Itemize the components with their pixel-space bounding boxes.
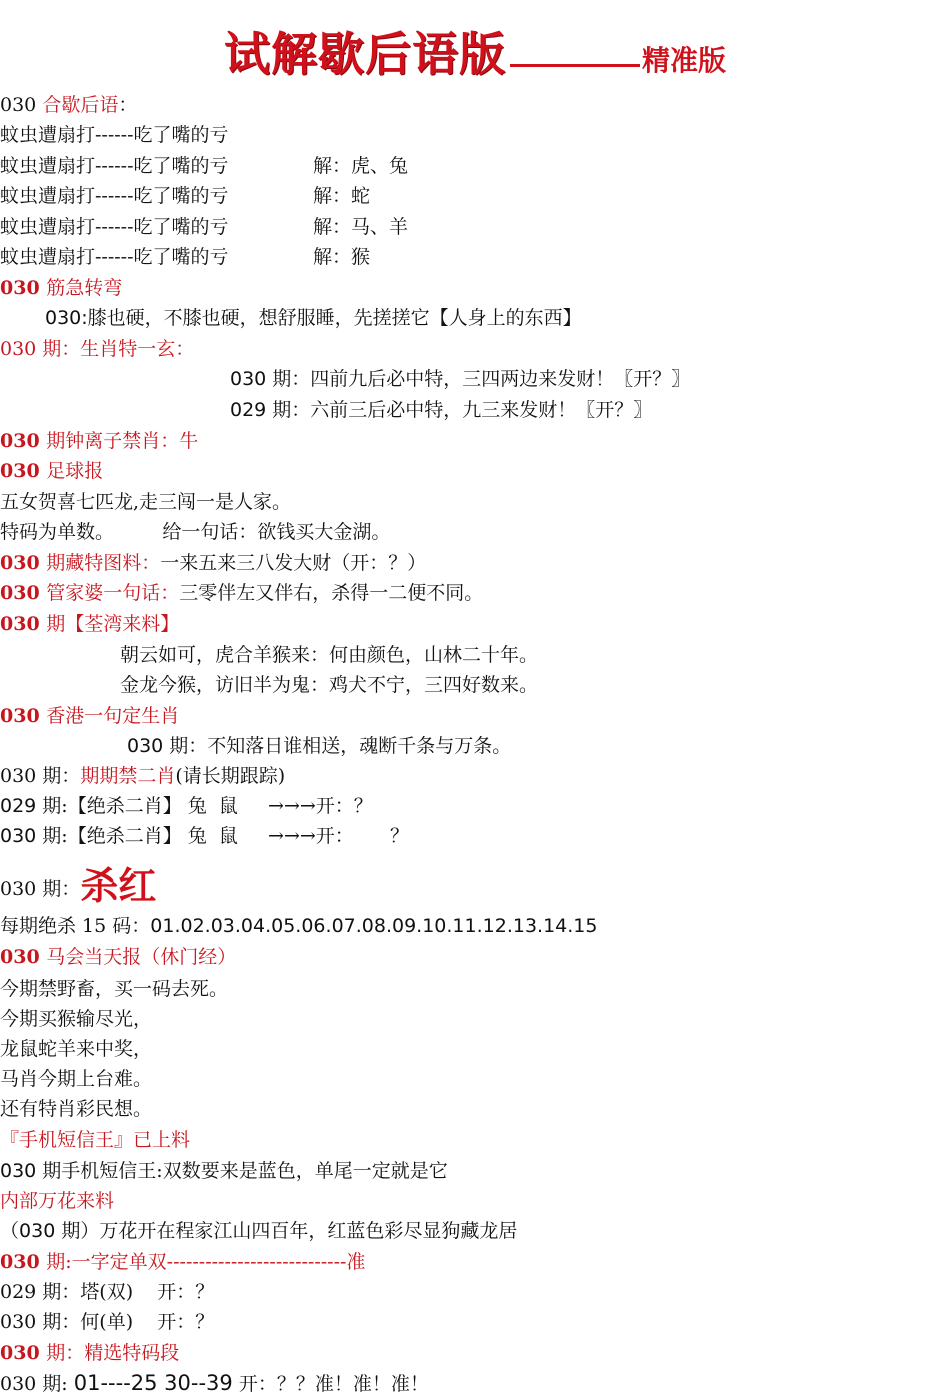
content-line: 今期禁野畜，买一码去死。 (0, 976, 228, 1002)
section-heading: 030 足球报 (0, 458, 103, 484)
content-line: 特码为单数。 给一句话：欲钱买大金湖。 (0, 519, 390, 545)
section-heading: 『手机短信王』已上料 (0, 1127, 190, 1153)
section-heading: 030 马会当天报（休门经） (0, 944, 236, 970)
content-line: 030 期：不知落日谁相送，魂断千条与万条。 (127, 733, 511, 759)
content-line: 030 期：何(单) 开：？ (0, 1309, 214, 1335)
riddle-line: 蚊虫遭扇打------吃了嘴的亏解：猴 (0, 244, 229, 270)
content-line: 029 期：六前三后必中特，九三来发财！〖开？〗 (230, 397, 652, 423)
riddle-line: 蚊虫遭扇打------吃了嘴的亏 (0, 122, 229, 148)
title-sub: 精准版 (642, 44, 726, 77)
riddle-line: 蚊虫遭扇打------吃了嘴的亏解：蛇 (0, 183, 229, 209)
content-line: 030 期手机短信王:双数要来是蓝色，单尾一定就是它 (0, 1158, 448, 1184)
section-heading: 030 管家婆一句话：三零伴左又伴右，杀得一二便不同。 (0, 580, 483, 606)
content-line: 马肖今期上台难。 (0, 1066, 152, 1092)
section-heading: 030 期：精选特码段 (0, 1340, 179, 1366)
content-line: 还有特肖彩民想。 (0, 1096, 152, 1122)
content-line: 030:膝也硬，不膝也硬，想舒服睡，先搓搓它【人身上的东西】 (45, 305, 582, 331)
section-heading: 030 合歇后语： (0, 92, 137, 118)
section-heading: 030 期：杀红 (0, 866, 156, 906)
riddle-line: 蚊虫遭扇打------吃了嘴的亏解：虎、兔 (0, 153, 229, 179)
content-line: 每期绝杀 15 码：01.02.03.04.05.06.07.08.09.10.… (0, 913, 597, 939)
title-main: 试解歇后语版 (224, 27, 506, 81)
section-heading: 030 期藏特图料：一来五来三八发大财（开：？） (0, 550, 426, 576)
riddle-line: 蚊虫遭扇打------吃了嘴的亏解：马、羊 (0, 214, 229, 240)
content-line: （030 期）万花开在程家江山四百年，红蓝色彩尽显狗藏龙居 (0, 1218, 517, 1244)
content-line: 朝云如可，虎合羊猴来：何由颜色，山林二十年。 (120, 642, 538, 668)
content-line: 今期买猴输尽光， (0, 1006, 152, 1032)
section-heading: 030 期：生肖特一玄： (0, 336, 194, 362)
content-line: 龙鼠蛇羊来中奖， (0, 1036, 152, 1062)
section-heading: 030 期:一字定单双----------------------------准 (0, 1249, 365, 1275)
content-line: 金龙今猴，访旧半为鬼：鸡犬不宁，三四好数来。 (120, 672, 538, 698)
section-heading: 030 期【荃湾来料】 (0, 611, 179, 637)
page-title: 试解歇后语版精准版 (0, 18, 950, 84)
section-heading: 030 香港一句定生肖 (0, 703, 179, 729)
section-heading: 030 期：期期禁二肖(请长期跟踪) (0, 763, 285, 789)
content-line: 030 期: 01----25 30--39 开：？？准！准！准！ (0, 1370, 429, 1396)
content-line: 五女贺喜七匹龙,走三闯一是人家。 (0, 489, 291, 515)
content-line: 030 期:【绝杀二肖】 兔 鼠 →→→开： ？ (0, 823, 409, 849)
content-line: 029 期:【绝杀二肖】 兔 鼠 →→→开：？ (0, 793, 373, 819)
content-line: 030 期：四前九后必中特，三四两边来发财！〖开？〗 (230, 366, 690, 392)
section-heading: 内部万花来料 (0, 1188, 114, 1214)
section-heading: 030 筋急转弯 (0, 275, 122, 301)
title-divider (510, 64, 640, 67)
content-line: 029 期：塔(双) 开：？ (0, 1279, 214, 1305)
section-heading: 030 期钟离子禁肖：牛 (0, 428, 198, 454)
